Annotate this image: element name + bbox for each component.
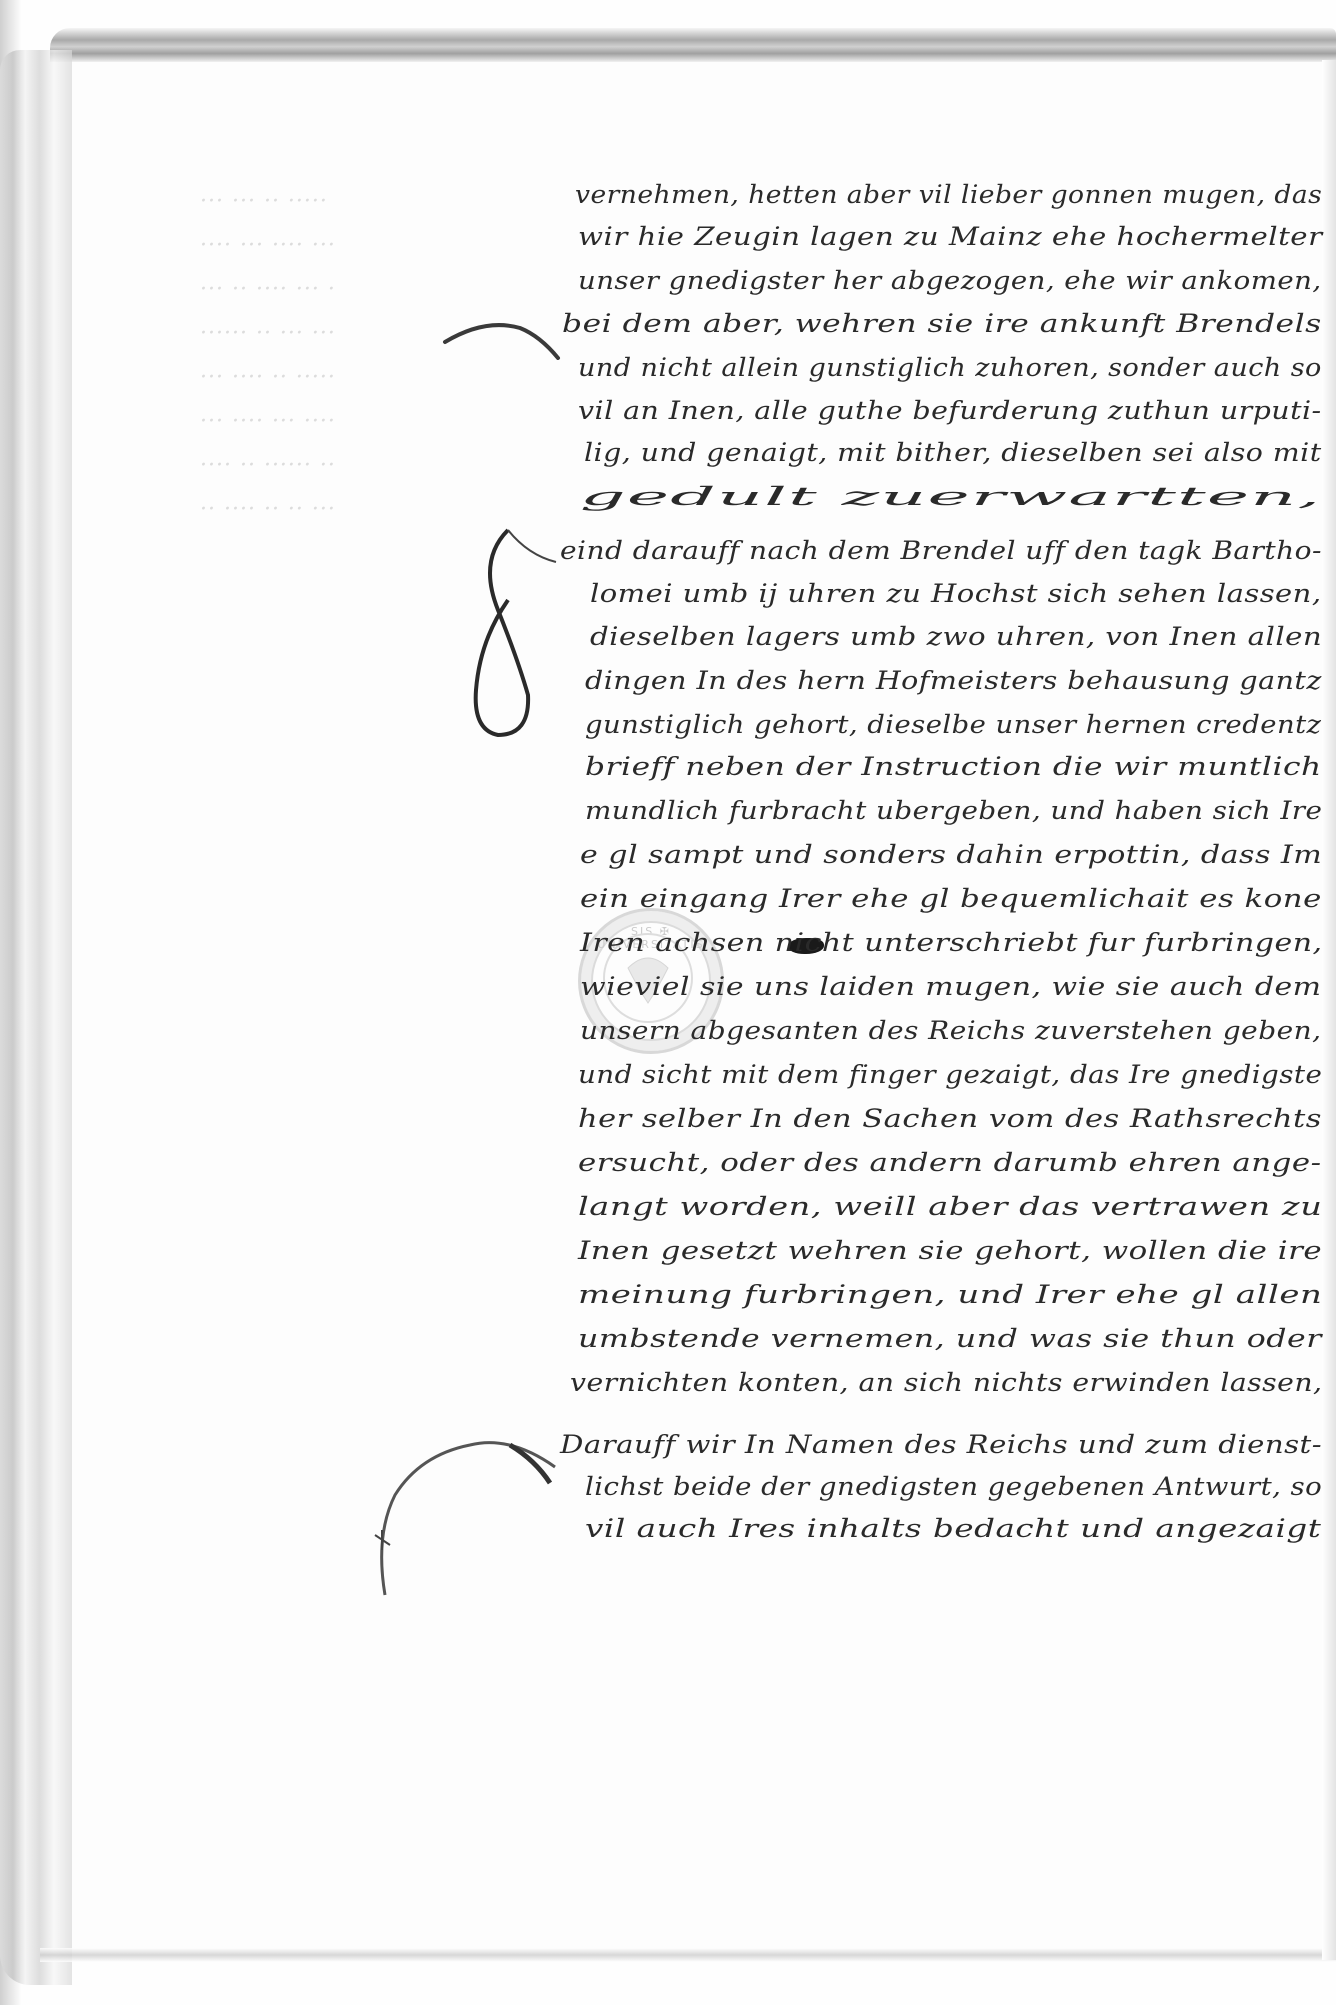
text-line: meinung furbringen, und Irer ehe gl alle… — [578, 1280, 1322, 1309]
text-line: brieff neben der Instruction die wir mun… — [585, 752, 1322, 781]
text-line: her selber In den Sachen vom des Rathsre… — [578, 1104, 1322, 1133]
text-line: vernichten konten, an sich nichts erwind… — [570, 1368, 1322, 1397]
text-line: wir hie Zeugin lagen zu Mainz ehe hocher… — [578, 222, 1323, 251]
text-line: Iren achsen nicht unterschriebt fur furb… — [580, 928, 1323, 957]
manuscript-text: vernehmen, hetten aber vil lieber gonnen… — [0, 0, 1336, 2005]
text-line: umbstende vernemen, und was sie thun ode… — [578, 1324, 1322, 1353]
text-line: eind darauff nach dem Brendel uff den ta… — [560, 536, 1322, 565]
text-line: dieselben lagers umb zwo uhren, von Inen… — [590, 622, 1322, 651]
text-line: gunstiglich gehort, dieselbe unser herne… — [585, 710, 1321, 739]
text-line: vil an Inen, alle guthe befurderung zuth… — [578, 396, 1322, 425]
text-line: wieviel sie uns laiden mugen, wie sie au… — [580, 972, 1322, 1001]
text-line: langt worden, weill aber das vertrawen z… — [578, 1192, 1322, 1221]
text-line: lichst beide der gnedigsten gegebenen An… — [585, 1472, 1322, 1501]
text-line: e gl sampt und sonders dahin erpottin, d… — [580, 840, 1322, 869]
text-line: ein eingang Irer ehe gl bequemlichait es… — [580, 884, 1322, 913]
text-line: ersucht, oder des andern darumb ehren an… — [578, 1148, 1322, 1177]
text-line: Darauff wir In Namen des Reichs und zum … — [560, 1430, 1322, 1459]
text-line: lig, und genaigt, mit bither, dieselben … — [584, 438, 1322, 467]
text-line: und nicht allein gunstiglich zuhoren, so… — [578, 353, 1322, 382]
text-line: unser gnedigster her abgezogen, ehe wir … — [578, 266, 1322, 295]
text-line: unsern abgesanten des Reichs zuverstehen… — [580, 1016, 1321, 1045]
text-line: und sicht mit dem finger gezaigt, das Ir… — [578, 1060, 1322, 1089]
text-line: bei dem aber, wehren sie ire ankunft Bre… — [562, 309, 1322, 338]
text-line: mundlich furbracht ubergeben, und haben … — [585, 796, 1322, 825]
text-line: gedult zuerwartten, — [580, 482, 1321, 511]
text-line: vil auch Ires inhalts bedacht und angeza… — [585, 1514, 1321, 1543]
text-line: Inen gesetzt wehren sie gehort, wollen d… — [578, 1236, 1322, 1265]
text-line: dingen In des hern Hofmeisters behausung… — [585, 666, 1322, 695]
text-line: lomei umb ij uhren zu Hochst sich sehen … — [590, 579, 1322, 608]
text-line: vernehmen, hetten aber vil lieber gonnen… — [575, 180, 1322, 209]
